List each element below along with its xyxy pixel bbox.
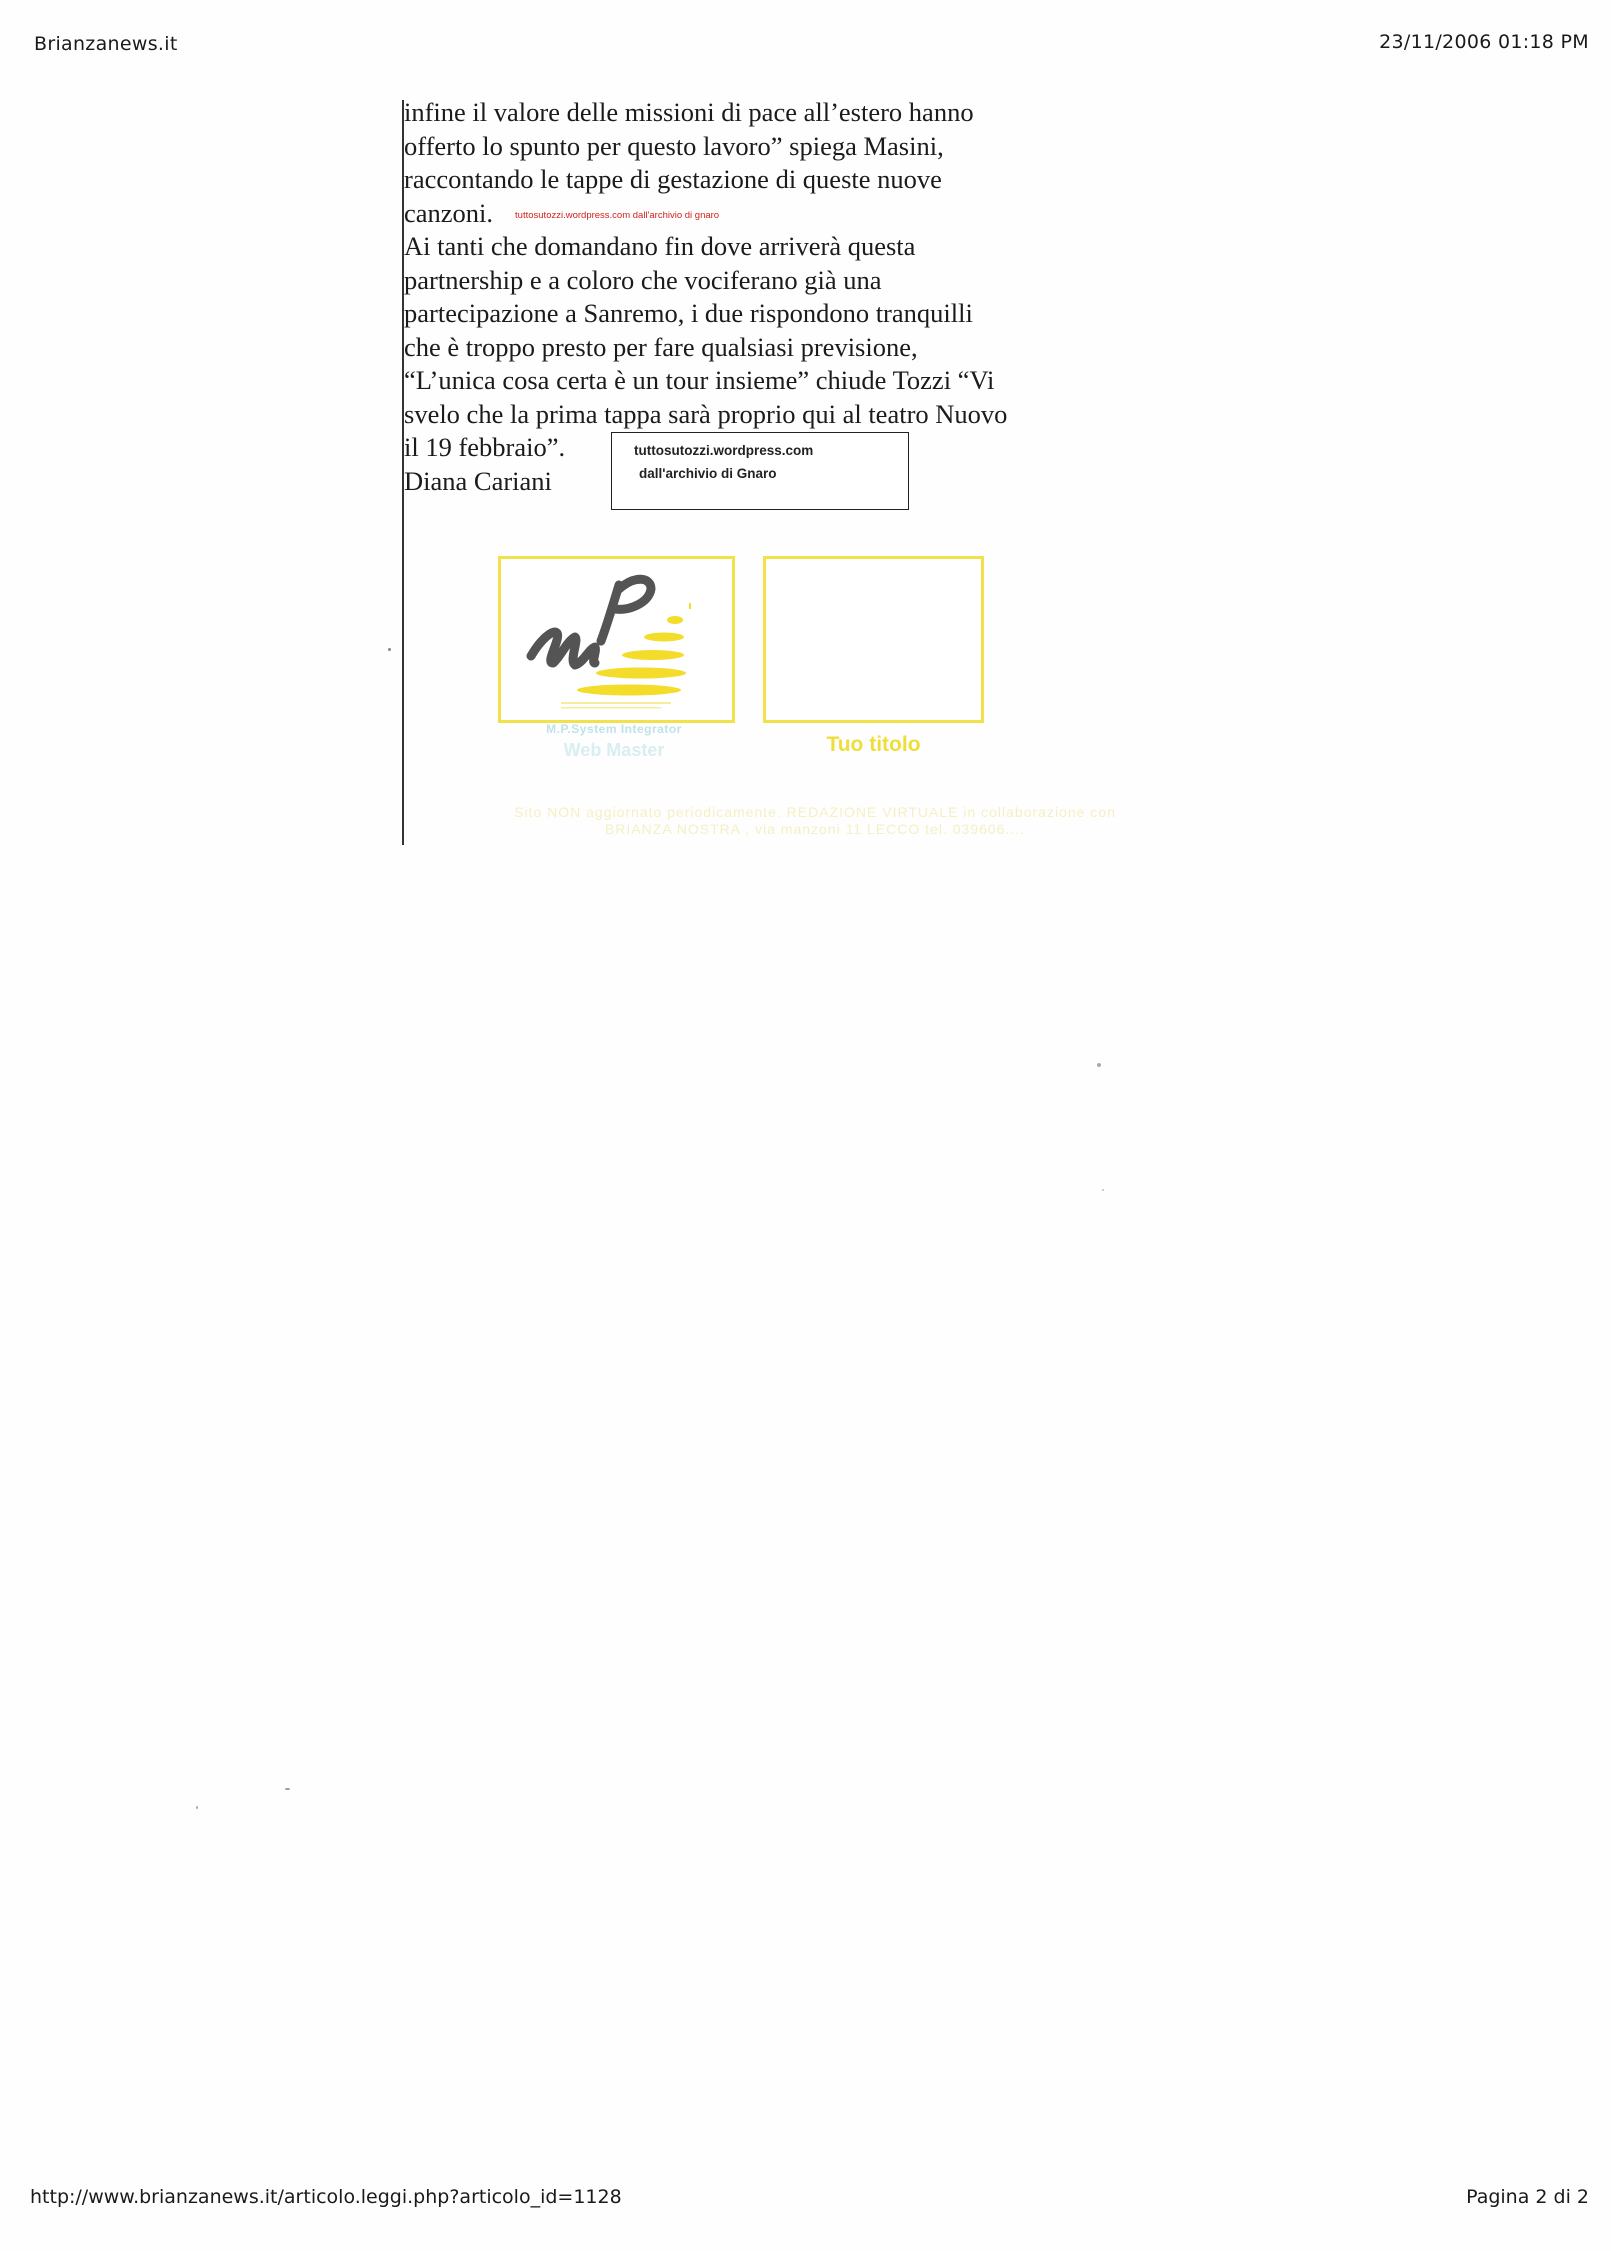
article-line-with-credit: canzoni.tuttosutozzi.wordpress.com dall'… xyxy=(404,197,1104,231)
scan-speck xyxy=(285,1788,290,1790)
print-footer-url: http://www.brianzanews.it/articolo.leggi… xyxy=(30,2186,622,2208)
inline-credit-watermark: tuttosutozzi.wordpress.com dall'archivio… xyxy=(515,210,719,221)
article-line: “L’unica cosa certa è un tour insieme” c… xyxy=(404,364,1104,398)
print-header-site: Brianzanews.it xyxy=(34,33,178,55)
credit-box-site: tuttosutozzi.wordpress.com xyxy=(634,443,813,458)
scan-speck xyxy=(1097,1063,1101,1067)
scan-speck xyxy=(196,1806,198,1809)
article-line: Ai tanti che domandano fin dove arriverà… xyxy=(404,230,1104,264)
article-line: svelo che la prima tappa sarà proprio qu… xyxy=(404,398,1104,432)
site-footer-note: Sito NON aggiornato periodicamente. REDA… xyxy=(420,804,1210,838)
site-footer-note-line: BRIANZA NOSTRA , via manzoni 11 LECCO te… xyxy=(420,821,1210,838)
print-footer-page: Pagina 2 di 2 xyxy=(1466,2186,1589,2208)
site-footer-note-line: Sito NON aggiornato periodicamente. REDA… xyxy=(420,804,1210,821)
article-line: che è troppo presto per fare qualsiasi p… xyxy=(404,331,1104,365)
article-line: raccontando le tappe di gestazione di qu… xyxy=(404,163,1104,197)
credit-box-archive: dall'archivio di Gnaro xyxy=(639,466,777,481)
mp-logo-icon xyxy=(501,559,732,720)
credit-box: tuttosutozzi.wordpress.com dall'archivio… xyxy=(611,432,909,510)
mp-logo-panel[interactable] xyxy=(498,556,735,723)
logo-caption-company: M.P.System Integrator xyxy=(494,722,734,736)
print-header-datetime: 23/11/2006 01:18 PM xyxy=(1379,31,1589,53)
article-line: partnership e a coloro che vociferano gi… xyxy=(404,264,1104,298)
title-image-panel[interactable] xyxy=(763,556,984,723)
article-line: partecipazione a Sanremo, i due rispondo… xyxy=(404,297,1104,331)
logo-caption-role: Web Master xyxy=(494,740,734,761)
scan-speck xyxy=(1102,1189,1104,1191)
title-panel-label[interactable]: Tuo titolo xyxy=(763,733,984,757)
article-line: infine il valore delle missioni di pace … xyxy=(404,96,1104,130)
article-line: canzoni. xyxy=(404,198,493,228)
scan-speck xyxy=(388,648,391,651)
logo-caption: M.P.System Integrator Web Master xyxy=(494,722,734,761)
article-line: offerto lo spunto per questo lavoro” spi… xyxy=(404,130,1104,164)
